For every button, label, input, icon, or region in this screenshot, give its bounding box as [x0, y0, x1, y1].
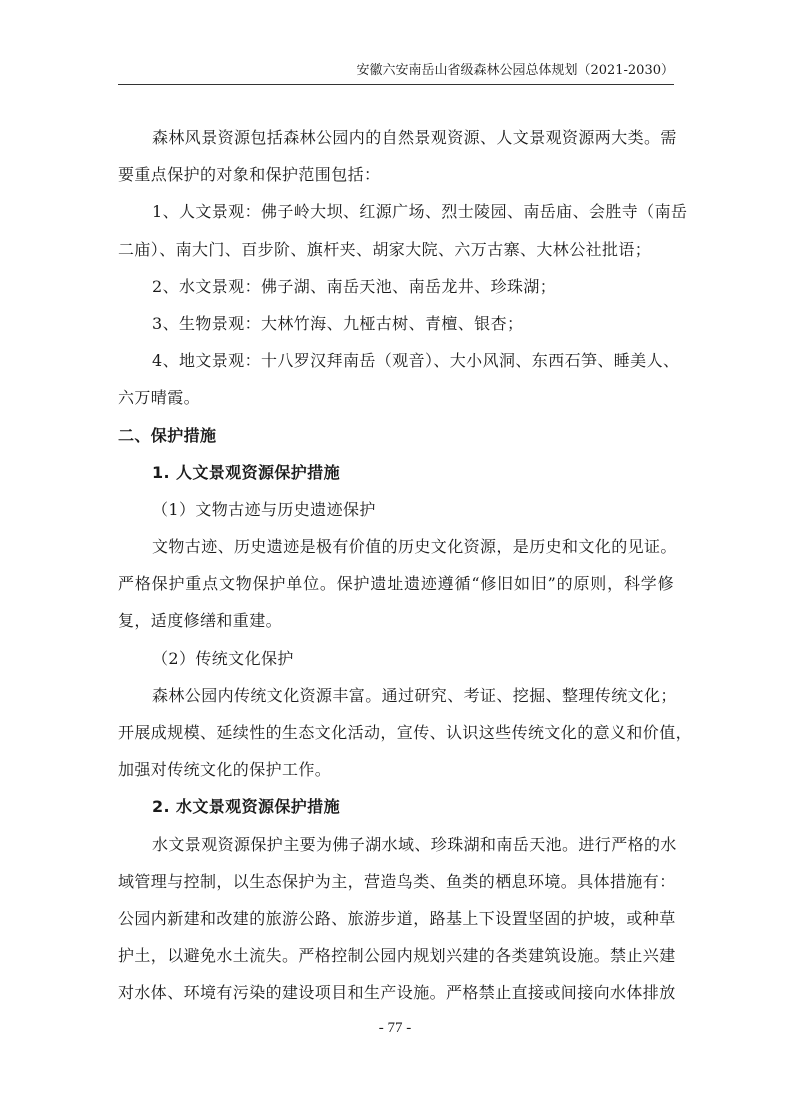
paragraph-line: 域管理与控制，以生态保护为主，营造鸟类、鱼类的栖息环境。具体措施有：: [118, 872, 674, 909]
paragraph-line: 开展成规模、延续性的生态文化活动，宣传、认识这些传统文化的意义和价值，: [118, 723, 674, 760]
sub-subsection-heading: （2）传统文化保护: [118, 649, 674, 686]
paragraph-line: 要重点保护的对象和保护范围包括：: [118, 165, 674, 202]
paragraph-line: 严格保护重点文物保护单位。保护遗址遗迹遵循“修旧如旧”的原则，科学修: [118, 574, 674, 611]
list-item-humanities-cont: 二庙）、南大门、百步阶、旗杆夹、胡家大院、六万古寨、大林公社批语；: [118, 240, 674, 277]
list-item-water: 2、水文景观：佛子湖、南岳天池、南岳龙井、珍珠湖；: [118, 277, 674, 314]
section-heading: 二、保护措施: [118, 426, 674, 463]
paragraph-line: 对水体、环境有污染的建设项目和生产设施。严格禁止直接或间接向水体排放: [118, 983, 674, 1020]
list-item-biology: 3、生物景观：大林竹海、九桠古树、青檀、银杏；: [118, 314, 674, 351]
list-item-geology-cont: 六万晴霞。: [118, 388, 674, 425]
list-item-geology: 4、地文景观：十八罗汉拜南岳（观音）、大小风洞、东西石笋、睡美人、: [118, 351, 674, 388]
paragraph-line: 复，适度修缮和重建。: [118, 611, 674, 648]
running-header: 安徽六安南岳山省级森林公园总体规划（2021-2030）: [118, 62, 674, 85]
sub-subsection-heading: （1）文物古迹与历史遗迹保护: [118, 500, 674, 537]
page-body: 森林风景资源包括森林公园内的自然景观资源、人文景观资源两大类。需 要重点保护的对…: [118, 128, 674, 1021]
paragraph-line: 森林公园内传统文化资源丰富。通过研究、考证、挖掘、整理传统文化；: [118, 686, 674, 723]
paragraph-line: 公园内新建和改建的旅游公路、旅游步道，路基上下设置坚固的护坡，或种草: [118, 909, 674, 946]
paragraph-line: 护土，以避免水土流失。严格控制公园内规划兴建的各类建筑设施。禁止兴建: [118, 946, 674, 983]
paragraph-line: 文物古迹、历史遗迹是极有价值的历史文化资源，是历史和文化的见证。: [118, 537, 674, 574]
paragraph-line: 水文景观资源保护主要为佛子湖水域、珍珠湖和南岳天池。进行严格的水: [118, 835, 674, 872]
subsection-heading: 2. 水文景观资源保护措施: [118, 797, 674, 834]
paragraph-line: 森林风景资源包括森林公园内的自然景观资源、人文景观资源两大类。需: [118, 128, 674, 165]
subsection-heading: 1. 人文景观资源保护措施: [118, 463, 674, 500]
list-item-humanities: 1、人文景观：佛子岭大坝、红源广场、烈士陵园、南岳庙、会胜寺（南岳: [118, 202, 674, 239]
page-number: - 77 -: [0, 1020, 790, 1037]
paragraph-line: 加强对传统文化的保护工作。: [118, 760, 674, 797]
